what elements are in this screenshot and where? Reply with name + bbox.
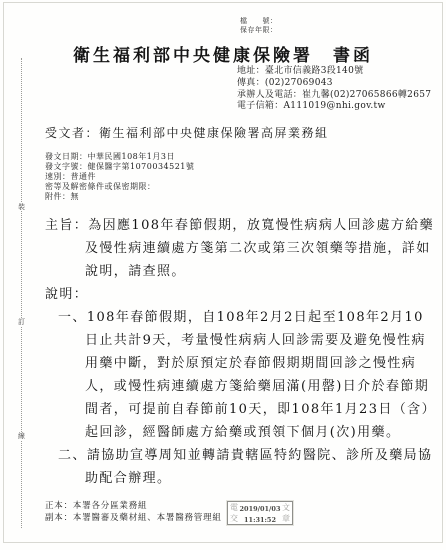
binding-mark-xian: 線 [15, 432, 28, 440]
file-number-block: 檔 號： 保存年限： [240, 17, 278, 34]
explanation-item-1: 一、108年春節假期，自108年2月2日起至108年2月10日止共計9天，考量慢… [58, 306, 438, 444]
item-1-number: 一、 [58, 310, 87, 325]
meta-doc-number: 發文字號：健保醫字第1070034521號 [45, 162, 194, 172]
item-2-number: 二、 [58, 448, 87, 463]
original-copy-line: 正本：本署各分區業務組 [45, 501, 222, 513]
document-page: 裝 訂 線 檔 號： 保存年限： 衛生福利部中央健康保險署 書函 地址：臺北市信… [0, 0, 446, 550]
meta-attachment: 附件：無 [45, 192, 194, 202]
stamp-bottom-row: 交 11:31:52 章 [228, 513, 292, 524]
binding-mark-zhuang: 裝 [15, 203, 28, 211]
binding-mark-ding: 訂 [15, 318, 28, 326]
document-title: 衛生福利部中央健康保險署 書函 [0, 41, 446, 66]
carbon-copy-line: 副本：本署醫審及藥材組、本署醫務管理組 [45, 513, 222, 525]
agency-address: 地址：臺北市信義路3段140號 [237, 66, 431, 78]
agency-email: 電子信箱：A111019@nhi.gov.tw [237, 101, 431, 113]
doc-meta-block: 發文日期：中華民國108年1月3日 發文字號：健保醫字第1070034521號 … [45, 152, 194, 202]
electronic-exchange-stamp: 電 2019/01/03 文 交 11:31:52 章 [227, 501, 293, 525]
meta-security-class: 密等及解密條件或保密期限： [45, 182, 194, 192]
stamp-glyph-jiao: 交 [230, 514, 238, 524]
subject-paragraph: 主旨：為因應108年春節假期，放寬慢性病病人回診處方給藥及慢性病連續處方箋第二次… [45, 214, 438, 283]
agency-info-block: 地址：臺北市信義路3段140號 傳真：(02)27069043 承辦人及電話：崔… [237, 66, 431, 113]
explanation-item-2: 二、請協助宣導周知並轉請貴轄區特約醫院、診所及藥局協助配合辦理。 [58, 444, 438, 490]
agency-contact: 承辦人及電話：崔九馨(02)27065866轉2657 [237, 90, 431, 102]
stamp-glyph-zhang: 章 [282, 514, 290, 524]
recipient-line: 受文者：衛生福利部中央健康保險署高屏業務組 [45, 124, 329, 141]
copies-block: 正本：本署各分區業務組 副本：本署醫審及藥材組、本署醫務管理組 [45, 501, 222, 524]
stamp-date: 2019/01/03 [240, 505, 281, 513]
binding-dotted-line [21, 58, 22, 528]
meta-issue-date: 發文日期：中華民國108年1月3日 [45, 152, 194, 162]
agency-fax: 傳真：(02)27069043 [237, 78, 431, 90]
stamp-time: 11:31:52 [244, 516, 276, 524]
subject-label: 主旨： [45, 218, 88, 233]
file-number-label: 檔 號： [240, 17, 278, 26]
item-2-text: 請協助宣導周知並轉請貴轄區特約醫院、診所及藥局協助配合辦理。 [85, 448, 432, 486]
stamp-glyph-wen: 文 [282, 503, 290, 513]
meta-speed-class: 速別：普通件 [45, 172, 194, 182]
stamp-glyph-dian: 電 [230, 503, 238, 513]
item-1-text: 108年春節假期，自108年2月2日起至108年2月10日止共計9天，考量慢性病… [85, 310, 436, 440]
stamp-top-row: 電 2019/01/03 文 [228, 502, 292, 513]
explanation-label: 說明： [45, 283, 88, 306]
subject-text: 為因應108年春節假期，放寬慢性病病人回診處方給藥及慢性病連續處方箋第二次或第三… [85, 218, 434, 279]
retention-period-label: 保存年限： [240, 26, 278, 35]
